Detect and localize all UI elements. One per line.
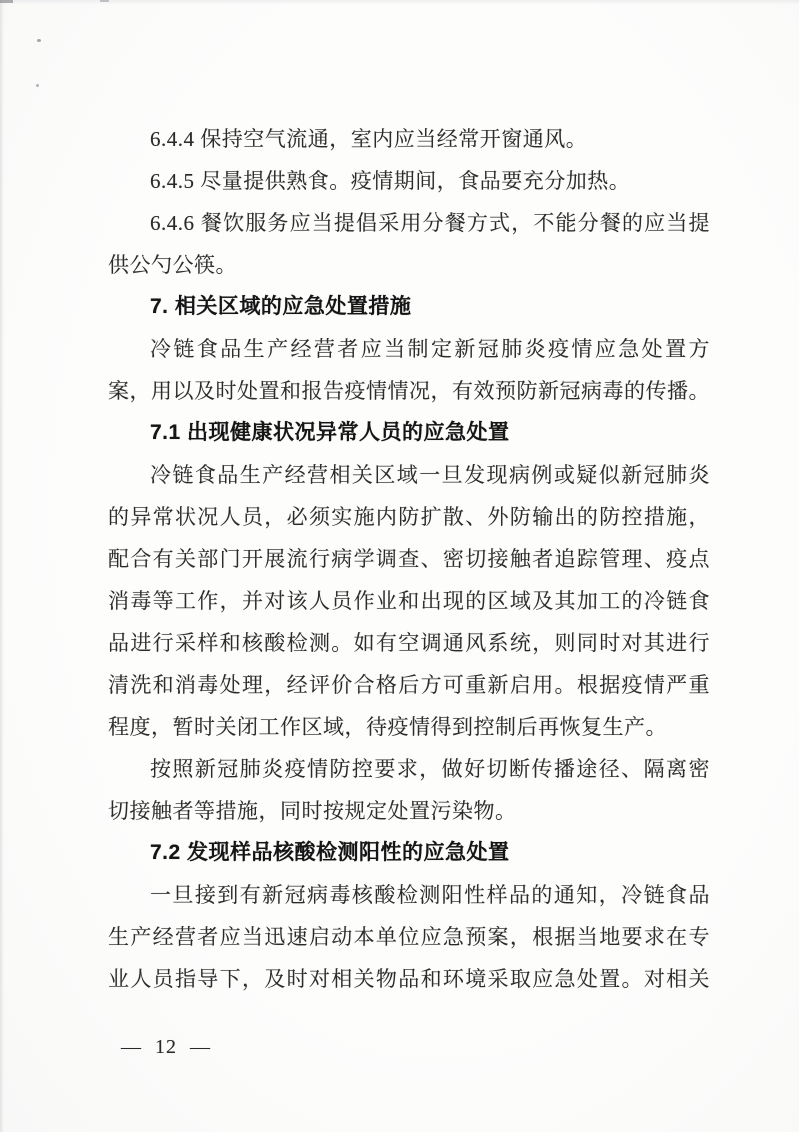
page-number: — 12 — bbox=[121, 1026, 211, 1068]
scan-edge-shading-top bbox=[0, 0, 799, 5]
section-heading: 7.1 出现健康状况异常人员的应急处置 bbox=[108, 412, 710, 454]
document-body: 6.4.4 保持空气流通，室内应当经常开窗通风。 6.4.5 尽量提供熟食。疫情… bbox=[108, 118, 710, 1000]
scanned-document-page: 6.4.4 保持空气流通，室内应当经常开窗通风。 6.4.5 尽量提供熟食。疫情… bbox=[0, 0, 799, 1132]
scan-artifact bbox=[0, 0, 13, 3]
text-line: 6.4.5 尽量提供熟食。疫情期间，食品要充分加热。 bbox=[108, 160, 710, 202]
scan-artifact bbox=[37, 39, 41, 42]
text-line: 6.4.4 保持空气流通，室内应当经常开窗通风。 bbox=[108, 118, 710, 160]
text-line: 配合有关部门开展流行病学调查、密切接触者追踪管理、疫点 bbox=[108, 538, 710, 580]
scan-edge-shading-left bbox=[0, 0, 4, 1132]
text-line: 6.4.6 餐饮服务应当提倡采用分餐方式，不能分餐的应当提 bbox=[108, 202, 710, 244]
text-line: 一旦接到有新冠病毒核酸检测阳性样品的通知，冷链食品 bbox=[108, 874, 710, 916]
text-line: 生产经营者应当迅速启动本单位应急预案，根据当地要求在专 bbox=[108, 916, 710, 958]
scan-artifact bbox=[100, 0, 109, 2]
text-line: 程度，暂时关闭工作区域，待疫情得到控制后再恢复生产。 bbox=[108, 706, 710, 748]
text-line: 冷链食品生产经营相关区域一旦发现病例或疑似新冠肺炎 bbox=[108, 454, 710, 496]
text-line: 的异常状况人员，必须实施内防扩散、外防输出的防控措施， bbox=[108, 496, 710, 538]
text-line: 按照新冠肺炎疫情防控要求，做好切断传播途径、隔离密 bbox=[108, 748, 710, 790]
text-line: 切接触者等措施，同时按规定处置污染物。 bbox=[108, 790, 710, 832]
text-line: 业人员指导下，及时对相关物品和环境采取应急处置。对相关 bbox=[108, 958, 710, 1000]
text-line: 清洗和消毒处理，经评价合格后方可重新启用。根据疫情严重 bbox=[108, 664, 710, 706]
text-line: 案，用以及时处置和报告疫情情况，有效预防新冠病毒的传播。 bbox=[108, 370, 710, 412]
section-heading: 7. 相关区域的应急处置措施 bbox=[108, 286, 710, 328]
text-line: 品进行采样和核酸检测。如有空调通风系统，则同时对其进行 bbox=[108, 622, 710, 664]
section-heading: 7.2 发现样品核酸检测阳性的应急处置 bbox=[108, 832, 710, 874]
text-line: 冷链食品生产经营者应当制定新冠肺炎疫情应急处置方 bbox=[108, 328, 710, 370]
text-line: 供公勺公筷。 bbox=[108, 244, 710, 286]
scan-artifact bbox=[36, 84, 39, 87]
text-line: 消毒等工作，并对该人员作业和出现的区域及其加工的冷链食 bbox=[108, 580, 710, 622]
